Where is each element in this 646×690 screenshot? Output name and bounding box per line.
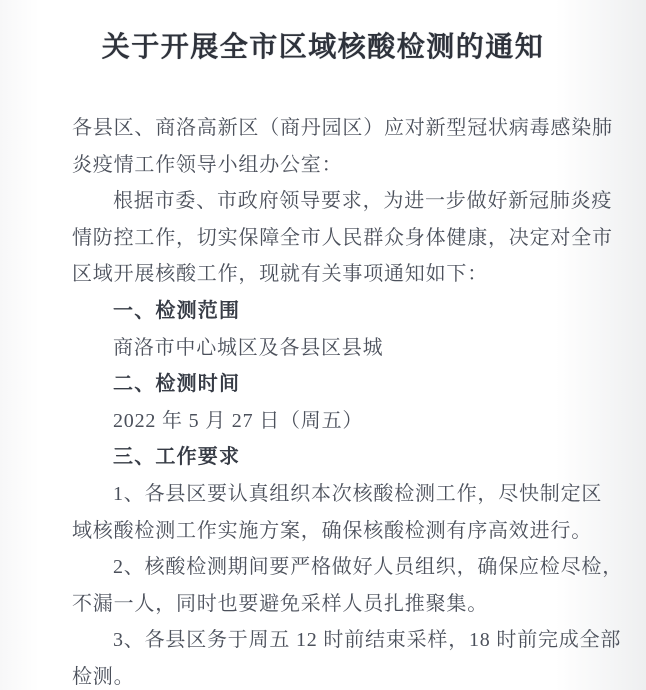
doc-line-addressee: 各县区、商洛高新区（商丹园区）应对新型冠状病毒感染肺	[72, 110, 614, 147]
doc-line-req2-cont: 不漏一人，同时也要避免采样人员扎推聚集。	[72, 586, 614, 623]
doc-heading-time: 二、检测时间	[72, 366, 614, 403]
doc-line-req3-cont: 检测。	[72, 659, 614, 690]
doc-line-req3: 3、各县区务于周五 12 时前结束采样，18 时前完成全部	[72, 622, 614, 659]
doc-line-time-value: 2022 年 5 月 27 日（周五）	[72, 403, 614, 440]
doc-line-intro: 根据市委、市政府领导要求，为进一步做好新冠肺炎疫	[72, 183, 614, 220]
document-page: 关于开展全市区域核酸检测的通知 各县区、商洛高新区（商丹园区）应对新型冠状病毒感…	[0, 0, 646, 690]
doc-line-req2: 2、核酸检测期间要严格做好人员组织，确保应检尽检，	[72, 549, 614, 586]
doc-line-intro-cont2: 区域开展核酸工作，现就有关事项通知如下：	[72, 256, 614, 293]
document-title: 关于开展全市区域核酸检测的通知	[0, 0, 646, 68]
doc-heading-scope: 一、检测范围	[72, 293, 614, 330]
doc-line-req1-cont: 域核酸检测工作实施方案，确保核酸检测有序高效进行。	[72, 513, 614, 550]
doc-heading-requirements: 三、工作要求	[72, 439, 614, 476]
doc-line-req1: 1、各县区要认真组织本次核酸检测工作，尽快制定区	[72, 476, 614, 513]
document-body: 各县区、商洛高新区（商丹园区）应对新型冠状病毒感染肺 炎疫情工作领导小组办公室：…	[72, 110, 614, 690]
doc-line-scope-value: 商洛市中心城区及各县区县城	[72, 330, 614, 367]
doc-line-intro-cont1: 情防控工作，切实保障全市人民群众身体健康，决定对全市	[72, 220, 614, 257]
doc-line-addressee-cont: 炎疫情工作领导小组办公室：	[72, 147, 614, 184]
